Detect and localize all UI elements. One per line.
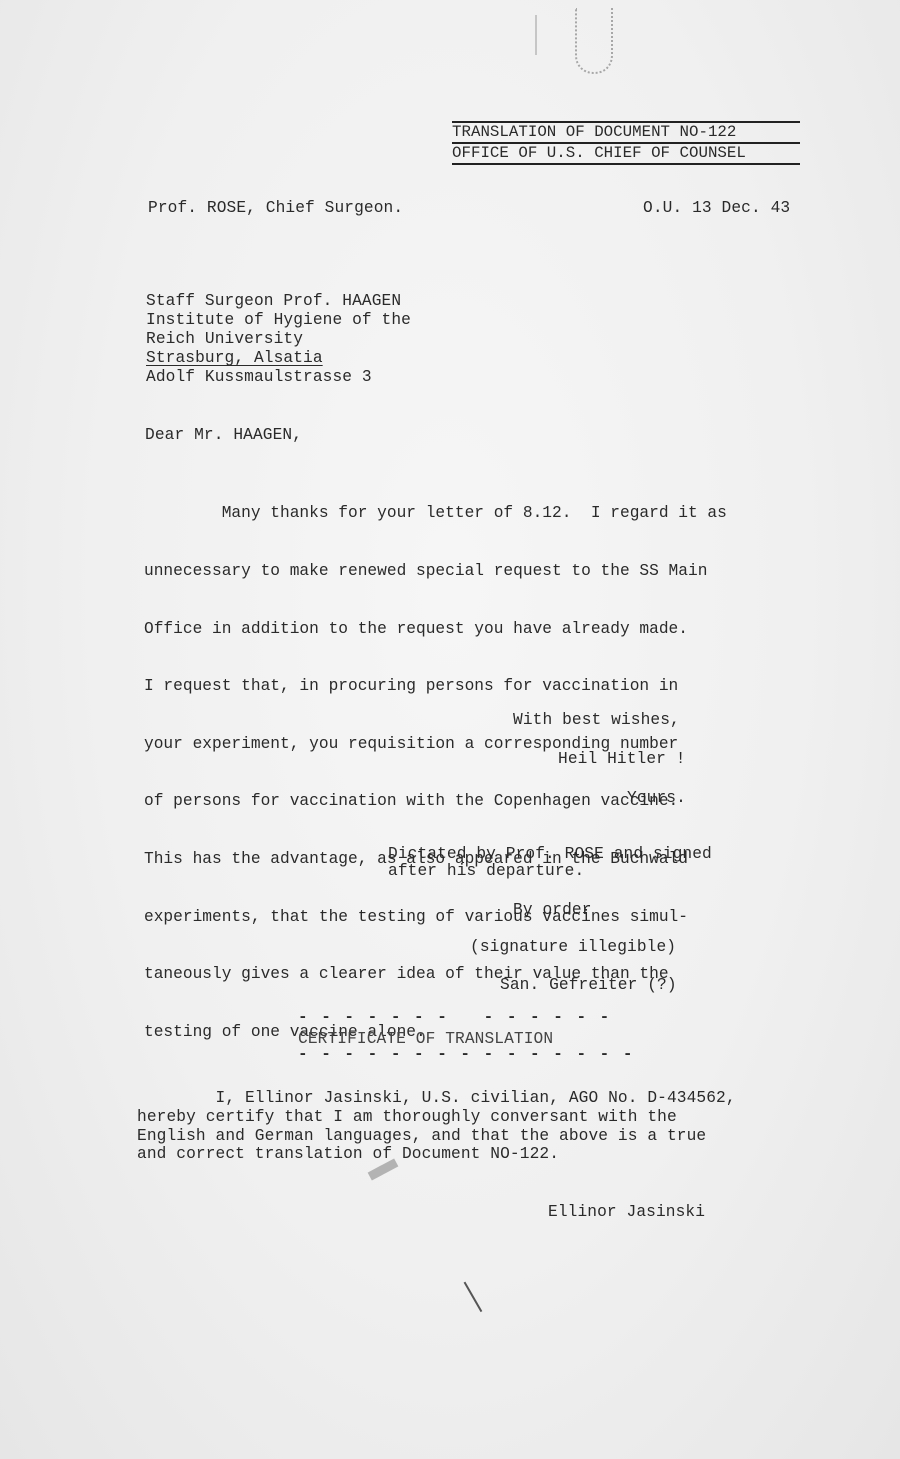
certificate-line: English and German languages, and that t… [137,1127,706,1146]
signer-rank: San. Gefreiter (?) [500,976,677,995]
header-title: TRANSLATION OF DOCUMENT NO-122 [452,121,800,142]
closing-salute: Heil Hitler ! [558,750,686,769]
document-header: TRANSLATION OF DOCUMENT NO-122 OFFICE OF… [452,121,800,165]
body-line: unnecessary to make renewed special requ… [144,562,727,581]
paper-scratch [464,1282,482,1312]
recipient-line-2: Institute of Hygiene of the [146,311,411,330]
dictation-line-2: after his departure. [388,862,584,881]
body-line: experiments, that the testing of various… [144,908,727,927]
letter-date: O.U. 13 Dec. 43 [643,199,790,218]
certificate-dashes-bottom: - - - - - - - - - - - - - - - [298,1045,634,1063]
translator-name: Ellinor Jasinski [548,1203,705,1222]
recipient-line-1: Staff Surgeon Prof. HAAGEN [146,292,401,311]
sender-line: Prof. ROSE, Chief Surgeon. [148,199,403,218]
by-order: By order [513,901,592,920]
handwritten-mark-stroke [535,15,537,55]
body-line: Many thanks for your letter of 8.12. I r… [144,504,727,523]
recipient-line-4: Strasburg, Alsatia [146,349,323,368]
closing-wishes: With best wishes, [513,711,680,730]
certificate-line: and correct translation of Document NO-1… [137,1145,559,1164]
signature-illegible: (signature illegible) [470,938,676,957]
recipient-line-3: Reich University [146,330,303,349]
certificate-line: I, Ellinor Jasinski, U.S. civilian, AGO … [137,1089,736,1108]
recipient-line-5: Adolf Kussmaulstrasse 3 [146,368,372,387]
closing-yours: Yours. [627,789,686,808]
body-line: I request that, in procuring persons for… [144,677,727,696]
handwritten-mark [575,8,613,74]
header-office: OFFICE OF U.S. CHIEF OF COUNSEL [452,142,800,165]
body-line: Office in addition to the request you ha… [144,620,727,639]
certificate-dashes-top: - - - - - - - - - - - - - [298,1008,611,1026]
salutation: Dear Mr. HAAGEN, [145,426,302,445]
document-page: TRANSLATION OF DOCUMENT NO-122 OFFICE OF… [0,0,900,1459]
certificate-line: hereby certify that I am thoroughly conv… [137,1108,677,1127]
